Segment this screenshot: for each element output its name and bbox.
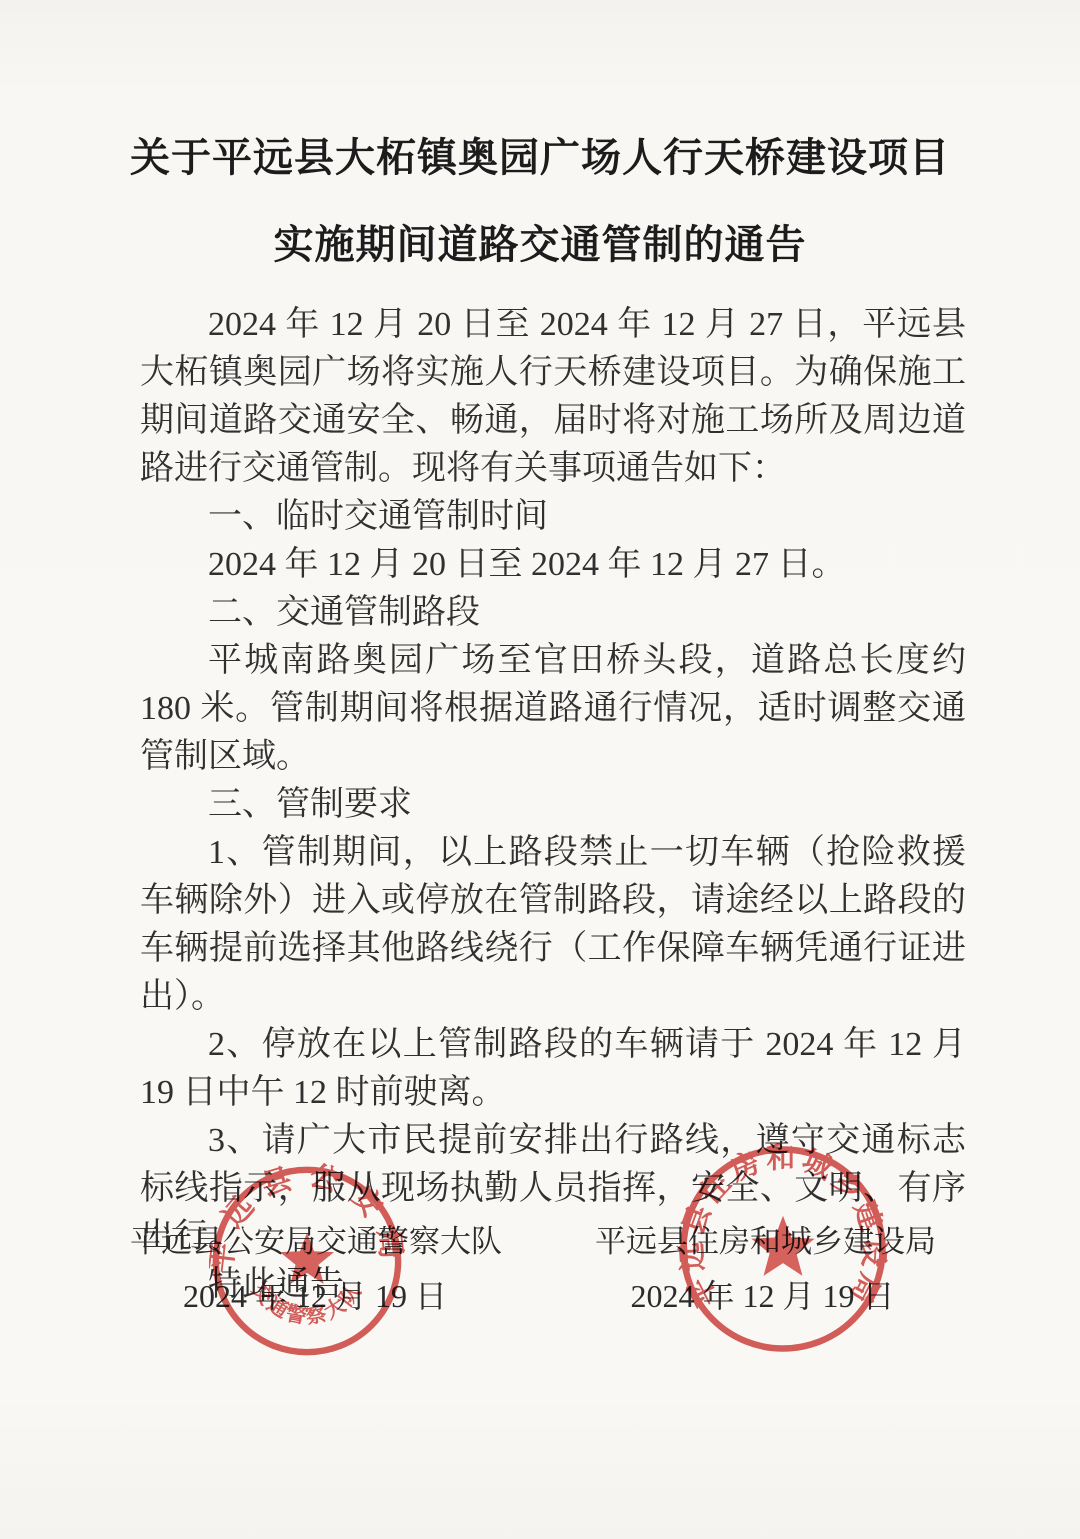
notice-title-line2: 实施期间道路交通管制的通告 bbox=[0, 221, 1080, 269]
notice-paragraph: 三、管制要求 bbox=[140, 781, 966, 829]
signature-housing-date: 2024 年 12 月 19 日 bbox=[595, 1276, 930, 1316]
notice-document: 关于平远县大柘镇奥园广场人行天桥建设项目 实施期间道路交通管制的通告 2024 … bbox=[0, 0, 1080, 1539]
notice-paragraph: 2024 年 12 月 20 日至 2024 年 12 月 27 日。 bbox=[140, 541, 966, 589]
notice-body: 2024 年 12 月 20 日至 2024 年 12 月 27 日，平远县大柘… bbox=[140, 301, 966, 1309]
notice-paragraph: 二、交通管制路段 bbox=[140, 589, 966, 637]
signature-police-date: 2024 年 12 月 19 日 bbox=[130, 1276, 500, 1316]
signature-housing-org: 平远县住房和城乡建设局 bbox=[595, 1222, 930, 1262]
signature-police-org: 平远县公安局交通警察大队 bbox=[130, 1222, 500, 1262]
signature-housing-bureau: 平远县住房和城乡建设局 2024 年 12 月 19 日 bbox=[595, 1222, 930, 1316]
notice-paragraph: 2、停放在以上管制路段的车辆请于 2024 年 12 月 19 日中午 12 时… bbox=[140, 1021, 966, 1117]
notice-paragraph: 平城南路奥园广场至官田桥头段，道路总长度约 180 米。管制期间将根据道路通行情… bbox=[140, 637, 966, 781]
notice-paragraph: 1、管制期间，以上路段禁止一切车辆（抢险救援车辆除外）进入或停放在管制路段，请途… bbox=[140, 829, 966, 1021]
notice-paragraph: 一、临时交通管制时间 bbox=[140, 493, 966, 541]
notice-title-line1: 关于平远县大柘镇奥园广场人行天桥建设项目 bbox=[0, 134, 1080, 182]
signature-police: 平远县公安局交通警察大队 2024 年 12 月 19 日 bbox=[130, 1222, 500, 1316]
notice-paragraph: 2024 年 12 月 20 日至 2024 年 12 月 27 日，平远县大柘… bbox=[140, 301, 966, 493]
